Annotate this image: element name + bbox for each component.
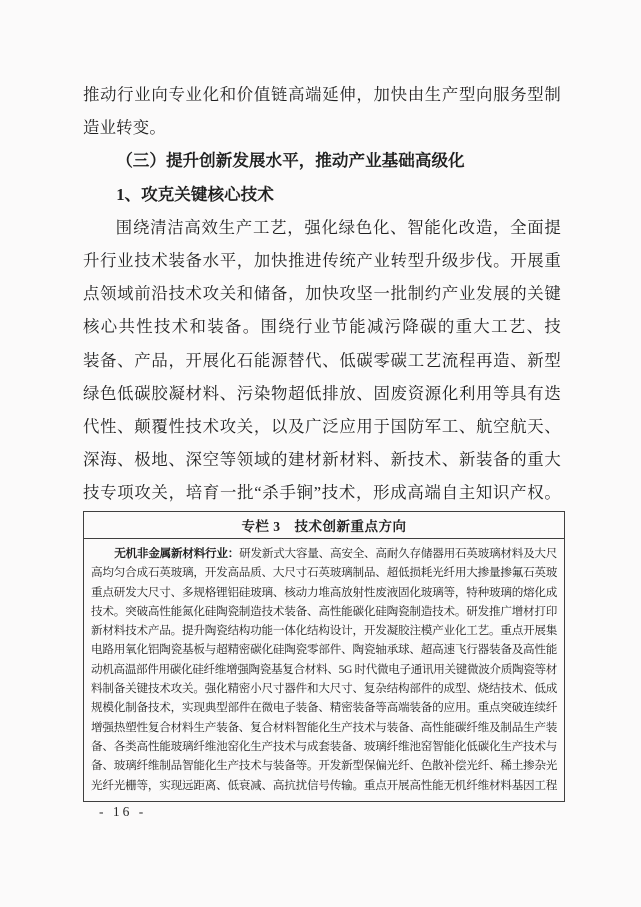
text-line: 增强热塑性复合材料生产装备、复合材料智能化生产技术与装备、高性能碳纤维及制品生产… [91,718,557,737]
text-line: 备、玻璃纤维制品智能化生产技术与装备等。开发新型保偏光纤、色散补偿光纤、稀土掺杂… [91,756,557,775]
text-line: 新材料技术产品。提升陶瓷结构功能一体化结构设计，开发凝胶注模产业化工艺。重点开展… [91,621,557,640]
paragraph-core-tech: 围绕清洁高效生产工艺，强化绿色化、智能化改造，全面提升行业技术装备水平，加快推进… [83,211,561,510]
text-line: 规模化制备技术，实现典型部件在微电子装备、精密装备等高端装备的应用。重点突破连续… [91,698,557,717]
text-line: 代性、颠覆性技术攻关，以及广泛应用于国防军工、航空航天、 [83,410,561,443]
text-line: 光纤光栅等，实现远距离、低衰减、高抗扰信号传输。重点开展高性能无机纤维材料基因工… [91,776,557,795]
text-line: 料制备关键技术攻关。强化精密小尺寸器件和大尺寸、复杂结构部件的成型、烧结技术、低… [91,679,557,698]
text-line: 绿色低碳胶凝材料、污染物超低排放、固废资源化利用等具有迭 [83,377,561,410]
text-line: 电路用氧化铝陶瓷基板与超精密碳化硅陶瓷零部件、陶瓷轴承球、超高速飞行器装备及高性… [91,640,557,659]
column-box-lines: 高均匀合成石英玻璃，开发高品质、大尺寸石英玻璃制品、超低损耗光纤用大掺量掺氟石英… [91,563,557,795]
paragraph-continuation: 推动行业向专业化和价值链高端延伸，加快由生产型向服务型制造业转变。 [83,78,561,144]
text-line: 推动行业向专业化和价值链高端延伸，加快由生产型向服务型制 [83,78,561,111]
text-line: 技术。突破高性能氮化硅陶瓷制造技术装备、高性能碳化硅陶瓷制造技术。研发推广增材打… [91,602,557,621]
text-line: 围绕清洁高效生产工艺，强化绿色化、智能化改造，全面提 [83,211,561,244]
industry-lead-label: 无机非金属新材料行业： [114,547,239,560]
text-line: 动机高温部件用碳化硅纤维增强陶瓷基复合材料、5G 时代微电子通讯用关键微波介质陶… [91,660,557,679]
subsection-heading: 1、攻克关键核心技术 [83,178,561,211]
document-page: 推动行业向专业化和价值链高端延伸，加快由生产型向服务型制造业转变。 （三）提升创… [0,0,641,907]
text-line: 核心共性技术和装备。围绕行业节能减污降碳的重大工艺、技术、 [83,310,561,343]
text-line: 点领域前沿技术攻关和储备，加快攻坚一批制约产业发展的关键 [83,277,561,310]
text-line: 升行业技术装备水平，加快推进传统产业转型升级步伐。开展重 [83,244,561,277]
column-box-content: 无机非金属新材料行业：研发新式大容量、高安全、高耐久存储器用石英玻璃材料及大尺寸… [84,539,564,801]
text-line: 深海、极地、深空等领域的建材新材料、新技术、新装备的重大科 [83,443,561,476]
text-line: 重点研发大尺寸、多规格锂铝硅玻璃、核动力堆高放射性废液固化玻璃等，特种玻璃的熔化… [91,583,557,602]
page-number: - 16 - [99,804,146,820]
column-box-title-text: 专栏 3 技术创新重点方向 [241,515,406,535]
text-line: 技专项攻关，培育一批“杀手锏”技术，形成高端自主知识产权。 [83,476,561,509]
text-line: 备、各类高性能玻璃纤维池窑化生产技术与成套装备、玻璃纤维池窑智能化低碳化生产技术… [91,737,557,756]
column-box-tech-innovation: 专栏 3 技术创新重点方向 无机非金属新材料行业：研发新式大容量、高安全、高耐久… [83,511,565,802]
text-line: 造业转变。 [83,111,561,144]
column-box-title: 专栏 3 技术创新重点方向 [84,512,564,539]
body-text: 推动行业向专业化和价值链高端延伸，加快由生产型向服务型制造业转变。 （三）提升创… [83,78,561,509]
text-line: 装备、产品，开展化石能源替代、低碳零碳工艺流程再造、新型 [83,344,561,377]
text-line: 高均匀合成石英玻璃，开发高品质、大尺寸石英玻璃制品、超低损耗光纤用大掺量掺氟石英… [91,563,557,582]
text-line: 无机非金属新材料行业：研发新式大容量、高安全、高耐久存储器用石英玻璃材料及大尺寸 [91,544,557,563]
section-heading: （三）提升创新发展水平，推动产业基础高级化 [83,144,561,177]
